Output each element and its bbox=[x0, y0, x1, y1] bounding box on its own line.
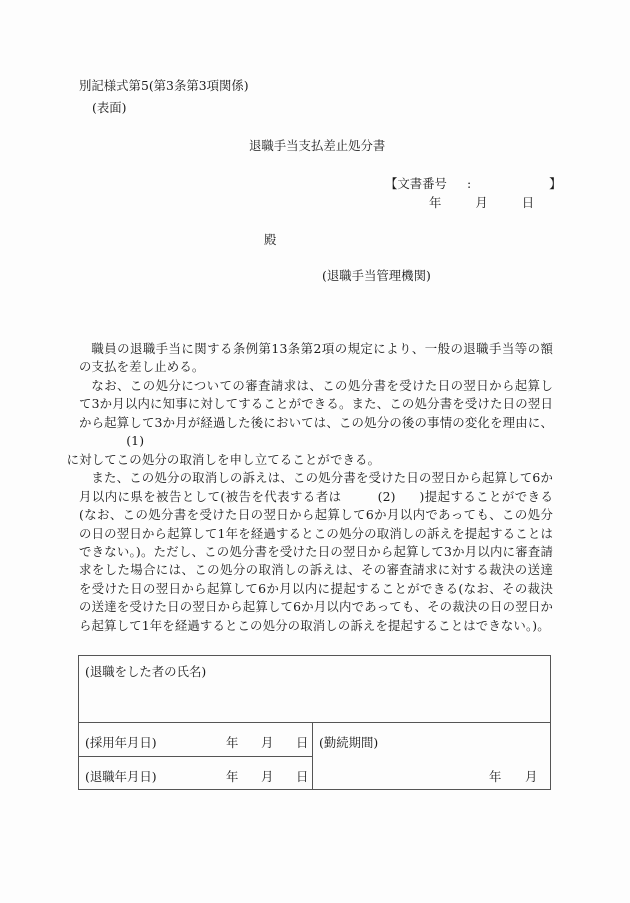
service-months: 月 bbox=[525, 767, 537, 785]
retire-month: 月 bbox=[261, 767, 273, 785]
blank-field-1: (1) bbox=[79, 432, 179, 450]
document-number-colon: : bbox=[467, 176, 471, 191]
body-text: 職員の退職手当に関する条例第13条第2項の規定により、一般の退職手当等の額の支払… bbox=[79, 340, 553, 635]
retiree-info-table: (退職をした者の氏名) (採用年月日) 年 月 日 (退職年月日) 年 月 日 … bbox=[78, 655, 551, 790]
paragraph-appeal: なお、この処分についての審査請求は、この処分書を受けた日の翌日から起算して3か月… bbox=[79, 377, 553, 469]
retiree-name-label: (退職をした者の氏名) bbox=[85, 664, 206, 679]
retiree-name-cell[interactable]: (退職をした者の氏名) bbox=[79, 656, 550, 723]
paragraph-lawsuit: また、この処分の取消しの訴えは、この処分書を受けた日の翌日から起算して6か月以内… bbox=[79, 469, 553, 635]
retirement-date-cell[interactable]: (退職年月日) 年 月 日 bbox=[79, 757, 313, 790]
document-title: 退職手当支払差止処分書 bbox=[249, 136, 385, 154]
retire-day: 日 bbox=[296, 767, 308, 785]
retire-year: 年 bbox=[226, 767, 238, 785]
blank-field-2: (2) bbox=[341, 488, 419, 506]
hire-date-label: (採用年月日) bbox=[85, 733, 157, 751]
date-month: 月 bbox=[475, 193, 487, 211]
service-period-cell[interactable]: (勤続期間) 年 月 bbox=[313, 723, 551, 790]
retirement-date-label: (退職年月日) bbox=[85, 767, 157, 785]
front-side-label: (表面) bbox=[92, 98, 126, 116]
addressee-honorific: 殿 bbox=[264, 230, 276, 248]
issue-date-line: 年月日 bbox=[429, 193, 534, 211]
hire-month: 月 bbox=[261, 733, 273, 751]
date-year: 年 bbox=[429, 193, 441, 211]
document-number-line: 【文書番号:】 bbox=[385, 174, 562, 192]
hire-day: 日 bbox=[296, 733, 308, 751]
hire-year: 年 bbox=[226, 733, 238, 751]
document-number-close: 】 bbox=[549, 174, 561, 192]
issuing-authority: (退職手当管理機関) bbox=[322, 266, 431, 284]
date-day: 日 bbox=[522, 193, 534, 211]
hire-date-cell[interactable]: (採用年月日) 年 月 日 bbox=[79, 723, 313, 757]
document-number-label: 【文書番号 bbox=[385, 174, 447, 192]
service-period-label: (勤続期間) bbox=[319, 733, 378, 751]
form-number-label: 別記様式第5(第3条第3項関係) bbox=[79, 76, 249, 94]
paragraph-suspension: 職員の退職手当に関する条例第13条第2項の規定により、一般の退職手当等の額の支払… bbox=[79, 340, 553, 377]
service-years: 年 bbox=[489, 767, 501, 785]
